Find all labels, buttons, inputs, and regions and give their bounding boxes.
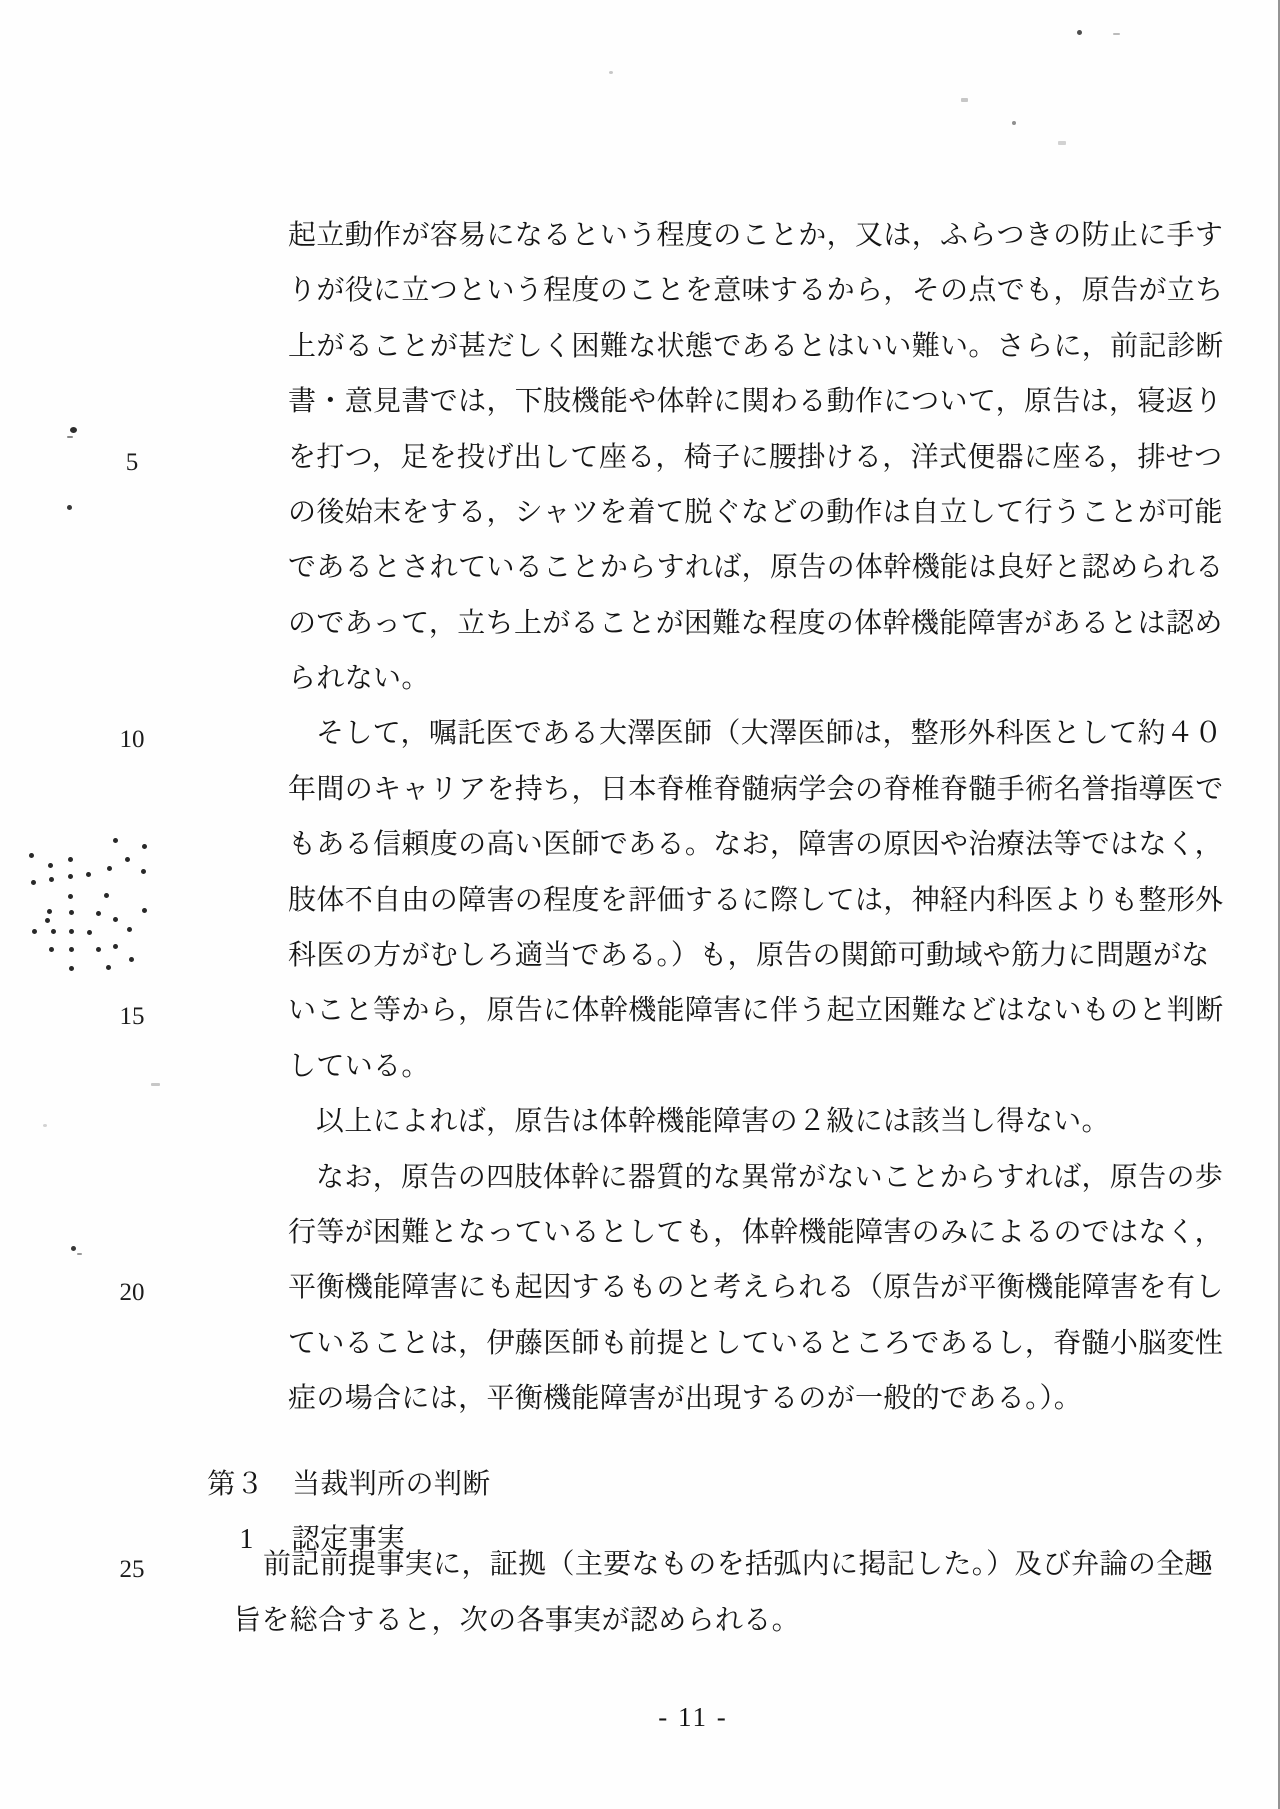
ink-dot: [142, 844, 147, 849]
text-line: そして，嘱託医である大澤医師（大澤医師は，整形外科医として約４０: [316, 719, 1223, 749]
text-line: 起立動作が容易になるという程度のことか，又は，ふらつきの防止に手す: [288, 221, 1223, 251]
text-line: 年間のキャリアを持ち，日本脊椎脊髄病学会の脊椎脊髄手術名誉指導医で: [288, 775, 1224, 805]
text-line: られない。: [288, 664, 430, 694]
ink-dot: [69, 947, 74, 952]
ink-dot: [32, 929, 37, 934]
ink-dot: [113, 944, 118, 949]
page-number: - 11 -: [638, 1702, 748, 1733]
text-line: なお，原告の四肢体幹に器質的な異常がないことからすれば，原告の歩: [316, 1163, 1223, 1193]
scan-speck: [43, 1124, 47, 1127]
ink-dot: [68, 874, 73, 879]
scan-speck: [1058, 141, 1066, 145]
scan-speck: [1113, 33, 1120, 35]
ink-dot: [68, 857, 73, 862]
text-line: のであって，立ち上がることが困難な程度の体幹機能障害があるとは認め: [288, 609, 1223, 639]
text-line: ていることは，伊藤医師も前提としているところであるし，脊髄小脳変性: [288, 1329, 1223, 1359]
text-line: であるとされていることからすれば，原告の体幹機能は良好と認められる: [288, 553, 1224, 583]
ink-dot: [96, 947, 101, 952]
text-line: を打つ，足を投げ出して座る，椅子に腰掛ける，洋式便器に座る，排せつ: [288, 443, 1222, 473]
scan-speck: [77, 1253, 82, 1255]
ink-dot: [49, 947, 54, 952]
ink-dot: [142, 908, 147, 913]
text-line: 科医の方がむしろ適当である。）も，原告の関節可動域や筋力に問題がな: [288, 941, 1210, 971]
line-number-marker: 20: [112, 1278, 152, 1308]
ink-dot: [96, 911, 101, 916]
text-line: 行等が困難となっているとしても，体幹機能障害のみによるのではなく，: [288, 1218, 1223, 1248]
line-number-marker: 5: [112, 448, 152, 478]
scan-speck: [67, 505, 72, 510]
text-line: 前記前提事実に，証拠（主要なものを括弧内に掲記した。）及び弁論の全趣: [263, 1550, 1213, 1580]
text-line: 上がることが甚だしく困難な状態であるとはいい難い。さらに，前記診断: [288, 332, 1224, 362]
ink-dot: [68, 894, 73, 899]
ink-dot: [31, 880, 36, 885]
ink-dot: [47, 909, 52, 914]
line-number-marker: 25: [112, 1555, 152, 1585]
ink-dot: [69, 929, 74, 934]
ink-dot: [141, 869, 146, 874]
scan-speck: [1012, 121, 1016, 125]
ink-dot: [49, 877, 54, 882]
ink-dot: [104, 893, 109, 898]
ink-dot: [87, 930, 92, 935]
ink-dot: [86, 872, 91, 877]
ink-dot: [113, 838, 118, 843]
ink-dot: [113, 917, 118, 922]
ink-dot: [69, 910, 74, 915]
line-number-marker: 10: [112, 725, 152, 755]
text-line: りが役に立つという程度のことを意味するから，その点でも，原告が立ち: [288, 276, 1224, 306]
ink-dot: [69, 966, 74, 971]
text-line: もある信頼度の高い医師である。なお，障害の原因や治療法等ではなく，: [288, 830, 1223, 860]
text-line: いこと等から，原告に体幹機能障害に伴う起立困難などはないものと判断: [288, 996, 1224, 1026]
ink-dot: [129, 957, 134, 962]
ink-dot: [45, 918, 50, 923]
text-line: の後始末をする，シャツを着て脱ぐなどの動作は自立して行うことが可能: [288, 498, 1223, 528]
scan-speck: [151, 1083, 160, 1086]
scan-speck: [67, 436, 73, 438]
text-line: している。: [288, 1052, 430, 1082]
ink-dot: [106, 965, 111, 970]
line-number-marker: 15: [112, 1002, 152, 1032]
ink-dot: [51, 929, 56, 934]
scan-speck: [609, 71, 613, 74]
scan-speck: [70, 427, 77, 433]
ink-dot: [125, 857, 130, 862]
text-line: 書・意見書では，下肢機能や体幹に関わる動作について，原告は，寝返り: [288, 387, 1222, 417]
scan-speck: [961, 98, 968, 102]
subsection-number: 1: [239, 1524, 253, 1555]
scan-speck: [1077, 30, 1082, 35]
ink-dot: [48, 863, 53, 868]
ink-dot: [127, 927, 132, 932]
scan-speck: [71, 1246, 76, 1251]
text-line: 旨を総合すると，次の各事実が認められる。: [233, 1606, 800, 1636]
ink-dot: [107, 866, 112, 871]
text-line: 平衡機能障害にも起因するものと考えられる（原告が平衡機能障害を有し: [288, 1273, 1224, 1303]
text-line: 肢体不自由の障害の程度を評価するに際しては，神経内科医よりも整形外: [288, 886, 1224, 916]
text-line: 以上によれば，原告は体幹機能障害の２級には該当し得ない。: [316, 1107, 1110, 1137]
ink-dot: [29, 853, 34, 858]
text-line: 症の場合には，平衡機能障害が出現するのが一般的である。）。: [288, 1384, 1082, 1414]
scanned-court-document-page: 5 10 15 20 25 起立動作が容易になるという程度のことか，又は，ふらつ…: [0, 0, 1280, 1809]
